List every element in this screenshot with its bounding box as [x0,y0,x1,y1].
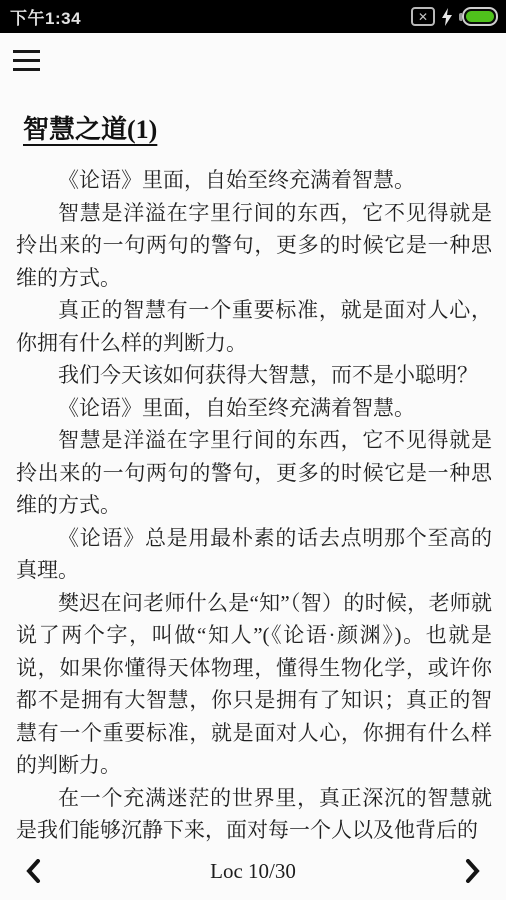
menu-button[interactable] [13,50,40,71]
battery-body [462,7,498,26]
charging-icon [441,8,453,26]
location-indicator: Loc 10/30 [210,859,296,884]
chapter-body: 《论语》里面，自始至终充满着智慧。 智慧是洋溢在字里行间的东西，它不见得就是拎出… [16,164,492,847]
menu-icon [13,59,40,62]
reader-footer: Loc 10/30 [0,842,506,900]
battery-icon [459,7,498,26]
paragraph: 真正的智慧有一个重要标准，就是面对人心，你拥有什么样的判断力。 [16,294,492,359]
status-icons: ✕ [411,7,498,26]
paragraph: 《论语》里面，自始至终充满着智慧。 [16,392,492,425]
chevron-left-icon [25,859,41,883]
chapter-title: 智慧之道(1) [23,109,157,146]
status-bar: 下午1:34 ✕ [0,0,506,33]
paragraph: 我们今天该如何获得大智慧，而不是小聪明？ [16,359,492,392]
paragraph: 《论语》里面，自始至终充满着智慧。 [16,164,492,197]
chevron-right-icon [465,859,481,883]
paragraph: 樊迟在问老师什么是“知”（智）的时候，老师就说了两个字，叫做“知人”(《论语·颜… [16,587,492,782]
menu-icon [13,50,40,53]
battery-level [466,11,494,22]
prev-page-button[interactable] [16,854,50,888]
no-sim-icon: ✕ [411,7,435,26]
paragraph: 智慧是洋溢在字里行间的东西，它不见得就是拎出来的一句两句的警句，更多的时候它是一… [16,197,492,295]
next-page-button[interactable] [456,854,490,888]
paragraph: 智慧是洋溢在字里行间的东西，它不见得就是拎出来的一句两句的警句，更多的时候它是一… [16,424,492,522]
paragraph: 《论语》总是用最朴素的话去点明那个至高的真理。 [16,522,492,587]
reader-page[interactable]: 智慧之道(1) 《论语》里面，自始至终充满着智慧。 智慧是洋溢在字里行间的东西，… [0,71,506,847]
paragraph: 在一个充满迷茫的世界里，真正深沉的智慧就是我们能够沉静下来，面对每一个人以及他背… [16,782,492,847]
clock-time: 下午1:34 [10,4,81,29]
